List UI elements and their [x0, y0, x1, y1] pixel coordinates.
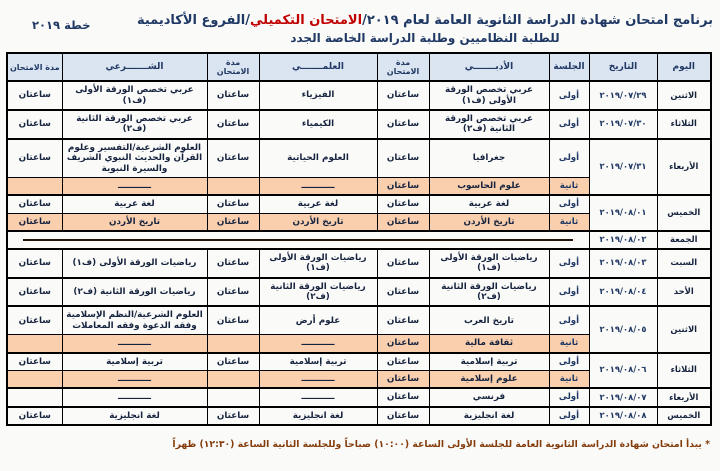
- date-cell: ٢٠١٩/٠٨/٠٥: [589, 306, 657, 352]
- sharia-subject-cell: ـــــــــــ: [62, 370, 207, 388]
- session-cell: أولى: [549, 388, 589, 406]
- sharia-subject-cell: رياضيات الورقة الثانية (ف٢): [62, 278, 207, 307]
- literary-subject-cell: لغة عربية: [429, 195, 549, 213]
- plan-label: خطة ٢٠١٩: [32, 18, 91, 32]
- date-cell: ٢٠١٩/٠٨/٠٧: [589, 388, 657, 406]
- schedule-row: الثلاثاء٢٠١٩/٠٧/٣٠أولىعربي تخصص الورقة ا…: [7, 110, 711, 139]
- scientific-duration-cell: ساعتان: [207, 278, 259, 307]
- sharia-duration-cell: ساعتان: [7, 407, 62, 425]
- session-cell: أولى: [549, 81, 589, 110]
- session-cell: أولى: [549, 139, 589, 178]
- literary-subject-cell: علوم الحاسوب: [429, 177, 549, 195]
- sharia-subject-cell: تربية إسلامية: [62, 353, 207, 371]
- scientific-subject-cell: ـــــــــــ: [259, 370, 377, 388]
- day-cell: الخميس: [657, 407, 711, 425]
- day-cell: الثلاثاء: [657, 353, 711, 389]
- day-cell: الأحد: [657, 278, 711, 307]
- sharia-subject-cell: عربي تخصص الورقة الثانية (ف٢): [62, 110, 207, 139]
- day-cell: الجمعة: [657, 231, 711, 249]
- title-line: برنامج امتحان شهادة الدراسة الثانوية الع…: [130, 13, 720, 29]
- scientific-subject-cell: لغة عربية: [259, 195, 377, 213]
- session-cell: ثانية: [549, 177, 589, 195]
- scientific-subject-cell: الكيمياء: [259, 110, 377, 139]
- column-header-sharia: الشـــــــرعي: [62, 53, 207, 81]
- scientific-duration-cell: ساعتان: [207, 249, 259, 278]
- document-title: برنامج امتحان شهادة الدراسة الثانوية الع…: [130, 0, 720, 45]
- sharia-duration-cell: [7, 177, 62, 195]
- literary-subject-cell: عربي تخصص الورقة الأولى (ف١): [429, 81, 549, 110]
- literary-subject-cell: جغرافيا: [429, 139, 549, 178]
- column-header-date: التاريخ: [589, 53, 657, 81]
- sharia-subject-cell: لغة عربية: [62, 195, 207, 213]
- literary-duration-cell: ساعتان: [377, 407, 429, 425]
- sharia-duration-cell: ساعتان: [7, 353, 62, 371]
- sharia-duration-cell: [7, 388, 62, 406]
- scientific-duration-cell: [207, 177, 259, 195]
- literary-duration-cell: ساعتان: [377, 139, 429, 178]
- scientific-subject-cell: رياضيات الورقة الأولى (ف١): [259, 249, 377, 278]
- literary-subject-cell: فرنسي: [429, 388, 549, 406]
- session-cell: أولى: [549, 110, 589, 139]
- scientific-subject-cell: الفيزياء: [259, 81, 377, 110]
- literary-subject-cell: ثقافة مالية: [429, 335, 549, 353]
- scientific-duration-cell: ساعتان: [207, 110, 259, 139]
- day-cell: الأربعاء: [657, 388, 711, 406]
- literary-duration-cell: ساعتان: [377, 370, 429, 388]
- sharia-subject-cell: لغة انجليزية: [62, 407, 207, 425]
- literary-duration-cell: ساعتان: [377, 110, 429, 139]
- session-cell: أولى: [549, 195, 589, 213]
- sharia-subject-cell: رياضيات الورقة الأولى (ف١): [62, 249, 207, 278]
- scientific-subject-cell: رياضيات الورقة الثانية (ف٢): [259, 278, 377, 307]
- schedule-row: الأربعاء٢٠١٩/٠٧/٣١أولىجغرافياساعتانالعلو…: [7, 139, 711, 178]
- no-exam-dash-line: [23, 239, 573, 241]
- column-header-literary: الأدبـــــــي: [429, 53, 549, 81]
- title-suffix: /الفروع الأكاديمية: [137, 13, 250, 28]
- sharia-subject-cell: العلوم الشرعية/النظم الإسلامية وفقه الدع…: [62, 306, 207, 334]
- sharia-duration-cell: ساعتان: [7, 278, 62, 307]
- day-cell: الاثنين: [657, 306, 711, 352]
- scientific-duration-cell: ساعتان: [207, 353, 259, 371]
- literary-duration-cell: ساعتان: [377, 278, 429, 307]
- date-cell: ٢٠١٩/٠٨/٠٤: [589, 278, 657, 307]
- literary-duration-cell: ساعتان: [377, 195, 429, 213]
- scientific-duration-cell: [207, 335, 259, 353]
- literary-duration-cell: ساعتان: [377, 213, 429, 231]
- sharia-duration-cell: ساعتان: [7, 213, 62, 231]
- schedule-row: الخميس٢٠١٩/٠٨/٠٨أولىلغة انجليزيةساعتانلغ…: [7, 407, 711, 425]
- schedule-row: الأربعاء٢٠١٩/٠٨/٠٧أولىفرنسيساعتانـــــــ…: [7, 388, 711, 406]
- column-header-literary-duration: مدة الامتحان: [377, 53, 429, 81]
- scientific-subject-cell: ـــــــــــ: [259, 388, 377, 406]
- sharia-subject-cell: ـــــــــــ: [62, 388, 207, 406]
- scientific-duration-cell: ساعتان: [207, 139, 259, 178]
- sharia-duration-cell: ساعتان: [7, 139, 62, 178]
- title-subtitle: للطلبة النظاميين وطلبة الدراسة الخاصة ال…: [130, 31, 720, 45]
- scientific-duration-cell: ساعتان: [207, 195, 259, 213]
- literary-subject-cell: تاريخ العرب: [429, 306, 549, 334]
- schedule-table: اليوم التاريخ الجلسة الأدبـــــــي مدة ا…: [6, 52, 712, 426]
- session-cell: أولى: [549, 249, 589, 278]
- column-header-scientific-duration: مدة الامتحان: [207, 53, 259, 81]
- column-header-sharia-duration: مدة الامتحان: [7, 53, 62, 81]
- sharia-duration-cell: ساعتان: [7, 306, 62, 334]
- schedule-row: الاثنين٢٠١٩/٠٧/٢٩أولىعربي تخصص الورقة ال…: [7, 81, 711, 110]
- date-cell: ٢٠١٩/٠٨/٠٣: [589, 249, 657, 278]
- scientific-subject-cell: ـــــــــــ: [259, 335, 377, 353]
- schedule-row: السبت٢٠١٩/٠٨/٠٣أولىرياضيات الورقة الأولى…: [7, 249, 711, 278]
- literary-subject-cell: تربية إسلامية: [429, 353, 549, 371]
- day-cell: الأربعاء: [657, 139, 711, 196]
- scientific-duration-cell: [207, 388, 259, 406]
- scientific-subject-cell: علوم أرض: [259, 306, 377, 334]
- date-cell: ٢٠١٩/٠٨/٠٢: [589, 231, 657, 249]
- literary-subject-cell: رياضيات الورقة الأولى (ف١): [429, 249, 549, 278]
- scientific-subject-cell: ـــــــــــ: [259, 177, 377, 195]
- date-cell: ٢٠١٩/٠٧/٢٩: [589, 81, 657, 110]
- schedule-row: الثلاثاء٢٠١٩/٠٨/٠٦أولىتربية إسلاميةساعتا…: [7, 353, 711, 371]
- date-cell: ٢٠١٩/٠٧/٣١: [589, 139, 657, 196]
- literary-duration-cell: ساعتان: [377, 335, 429, 353]
- schedule-row: الاثنين٢٠١٩/٠٨/٠٥أولىتاريخ العربساعتانعل…: [7, 306, 711, 334]
- scientific-duration-cell: [207, 370, 259, 388]
- session-cell: ثانية: [549, 335, 589, 353]
- column-header-session: الجلسة: [549, 53, 589, 81]
- day-cell: الاثنين: [657, 81, 711, 110]
- sharia-subject-cell: ـــــــــــ: [62, 177, 207, 195]
- day-cell: السبت: [657, 249, 711, 278]
- scientific-duration-cell: ساعتان: [207, 306, 259, 334]
- date-cell: ٢٠١٩/٠٨/٠٦: [589, 353, 657, 389]
- day-cell: الخميس: [657, 195, 711, 231]
- session-cell: أولى: [549, 353, 589, 371]
- schedule-row: الأحد٢٠١٩/٠٨/٠٤أولىرياضيات الورقة الثاني…: [7, 278, 711, 307]
- schedule-row: الخميس٢٠١٩/٠٨/٠١أولىلغة عربيةساعتانلغة ع…: [7, 195, 711, 213]
- title-highlight: الامتحان التكميلي: [250, 13, 362, 28]
- scientific-duration-cell: ساعتان: [207, 407, 259, 425]
- session-cell: أولى: [549, 306, 589, 334]
- literary-subject-cell: علوم إسلامية: [429, 370, 549, 388]
- exam-schedule-document: خطة ٢٠١٩ برنامج امتحان شهادة الدراسة الث…: [0, 0, 720, 471]
- session-cell: ثانية: [549, 213, 589, 231]
- sharia-duration-cell: [7, 335, 62, 353]
- column-header-scientific: العلمـــــــي: [259, 53, 377, 81]
- literary-subject-cell: رياضيات الورقة الثانية (ف٢): [429, 278, 549, 307]
- literary-duration-cell: ساعتان: [377, 353, 429, 371]
- scientific-subject-cell: تاريخ الأردن: [259, 213, 377, 231]
- scientific-subject-cell: تربية إسلامية: [259, 353, 377, 371]
- sharia-duration-cell: [7, 370, 62, 388]
- sharia-duration-cell: ساعتان: [7, 81, 62, 110]
- date-cell: ٢٠١٩/٠٨/٠١: [589, 195, 657, 231]
- day-cell: الثلاثاء: [657, 110, 711, 139]
- scientific-subject-cell: العلوم الحياتية: [259, 139, 377, 178]
- literary-duration-cell: ساعتان: [377, 306, 429, 334]
- literary-duration-cell: ساعتان: [377, 81, 429, 110]
- literary-subject-cell: لغة انجليزية: [429, 407, 549, 425]
- sharia-duration-cell: ساعتان: [7, 249, 62, 278]
- session-cell: ثانية: [549, 370, 589, 388]
- session-cell: أولى: [549, 407, 589, 425]
- scientific-subject-cell: لغة انجليزية: [259, 407, 377, 425]
- session-cell: أولى: [549, 278, 589, 307]
- sharia-subject-cell: عربي تخصص الورقة الأولى (ف١): [62, 81, 207, 110]
- sharia-duration-cell: ساعتان: [7, 195, 62, 213]
- literary-subject-cell: عربي تخصص الورقة الثانية (ف٢): [429, 110, 549, 139]
- footnote: * يبدأ امتحان شهادة الدراسة الثانوية الع…: [10, 439, 710, 450]
- title-prefix: برنامج امتحان شهادة الدراسة الثانوية الع…: [362, 13, 713, 28]
- literary-duration-cell: ساعتان: [377, 177, 429, 195]
- sharia-duration-cell: ساعتان: [7, 110, 62, 139]
- sharia-subject-cell: تاريخ الأردن: [62, 213, 207, 231]
- header-row: اليوم التاريخ الجلسة الأدبـــــــي مدة ا…: [7, 53, 711, 81]
- sharia-subject-cell: العلوم الشرعية/التفسير وعلوم القرآن والح…: [62, 139, 207, 178]
- literary-duration-cell: ساعتان: [377, 249, 429, 278]
- date-cell: ٢٠١٩/٠٨/٠٨: [589, 407, 657, 425]
- literary-duration-cell: ساعتان: [377, 388, 429, 406]
- scientific-duration-cell: ساعتان: [207, 81, 259, 110]
- scientific-duration-cell: ساعتان: [207, 213, 259, 231]
- column-header-day: اليوم: [657, 53, 711, 81]
- date-cell: ٢٠١٩/٠٧/٣٠: [589, 110, 657, 139]
- literary-subject-cell: تاريخ الأردن: [429, 213, 549, 231]
- sharia-subject-cell: ـــــــــــ: [62, 335, 207, 353]
- schedule-row: الجمعة٢٠١٩/٠٨/٠٢: [7, 231, 711, 249]
- no-exam-cell: [7, 231, 589, 249]
